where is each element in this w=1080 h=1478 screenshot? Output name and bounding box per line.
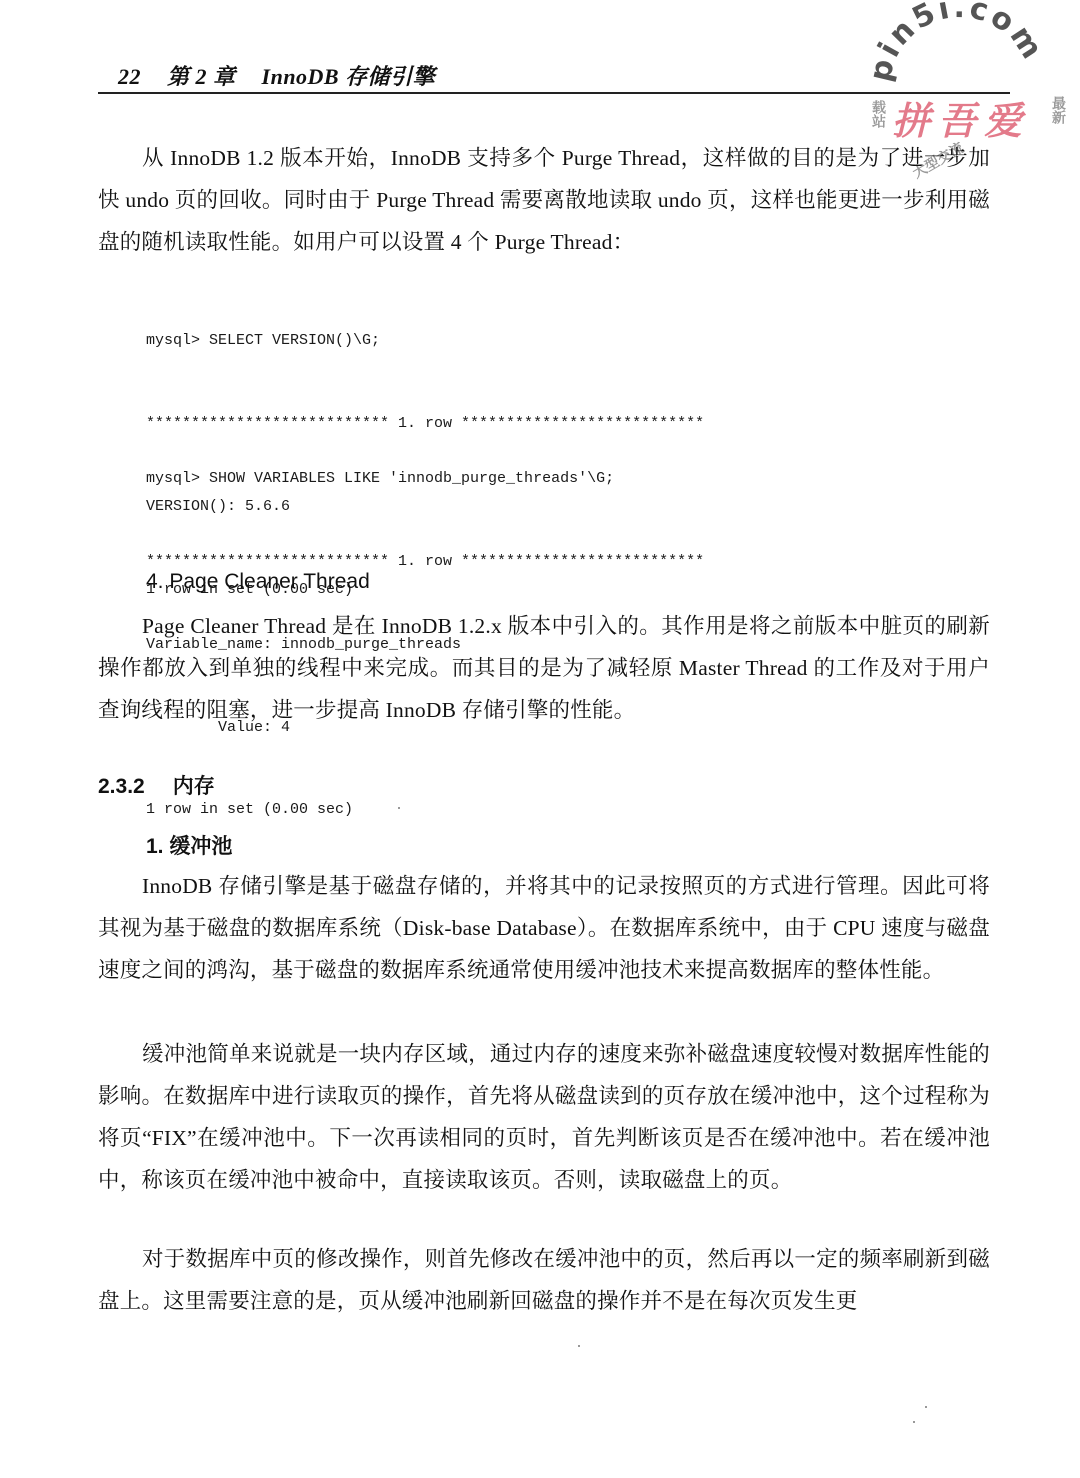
scan-speck	[398, 807, 400, 809]
code-line: mysql> SELECT VERSION()\G;	[146, 327, 704, 355]
heading-buffer-pool: 1. 缓冲池	[146, 830, 232, 860]
paragraph-page-cleaner: Page Cleaner Thread 是在 InnoDB 1.2.x 版本中引…	[98, 605, 990, 731]
watermark-left: 载站	[868, 100, 888, 128]
chapter-label: 第 2 章	[167, 64, 236, 89]
scan-speck	[578, 1345, 580, 1347]
code-line: 1 row in set (0.00 sec)	[146, 796, 704, 824]
header-text: 22 第 2 章 InnoDB 存储引擎	[118, 60, 455, 91]
chapter-title: InnoDB 存储引擎	[262, 64, 436, 89]
running-header: 22 第 2 章 InnoDB 存储引擎	[98, 58, 1010, 94]
paragraph-purge-thread: 从 InnoDB 1.2 版本开始，InnoDB 支持多个 Purge Thre…	[98, 137, 990, 263]
code-line: mysql> SHOW VARIABLES LIKE 'innodb_purge…	[146, 465, 704, 493]
watermark-right: 最新	[1048, 96, 1068, 124]
page-number: 22	[118, 64, 141, 89]
heading-page-cleaner-thread: 4. Page Cleaner Thread	[146, 570, 370, 594]
paragraph-page-modification: 对于数据库中页的修改操作，则首先修改在缓冲池中的页，然后再以一定的频率刷新到磁盘…	[98, 1238, 990, 1322]
scan-speck	[913, 1421, 915, 1423]
section-number: 2.3.2	[98, 775, 145, 798]
section-title: 内存	[173, 775, 215, 798]
paragraph-buffer-pool-definition: 缓冲池简单来说就是一块内存区域，通过内存的速度来弥补磁盘速度较慢对数据库性能的影…	[98, 1033, 990, 1201]
paragraph-disk-based: InnoDB 存储引擎是基于磁盘存储的，并将其中的记录按照页的方式进行管理。因此…	[98, 865, 990, 991]
scan-speck	[925, 1406, 927, 1408]
section-heading-memory: 2.3.2内存	[98, 770, 215, 800]
